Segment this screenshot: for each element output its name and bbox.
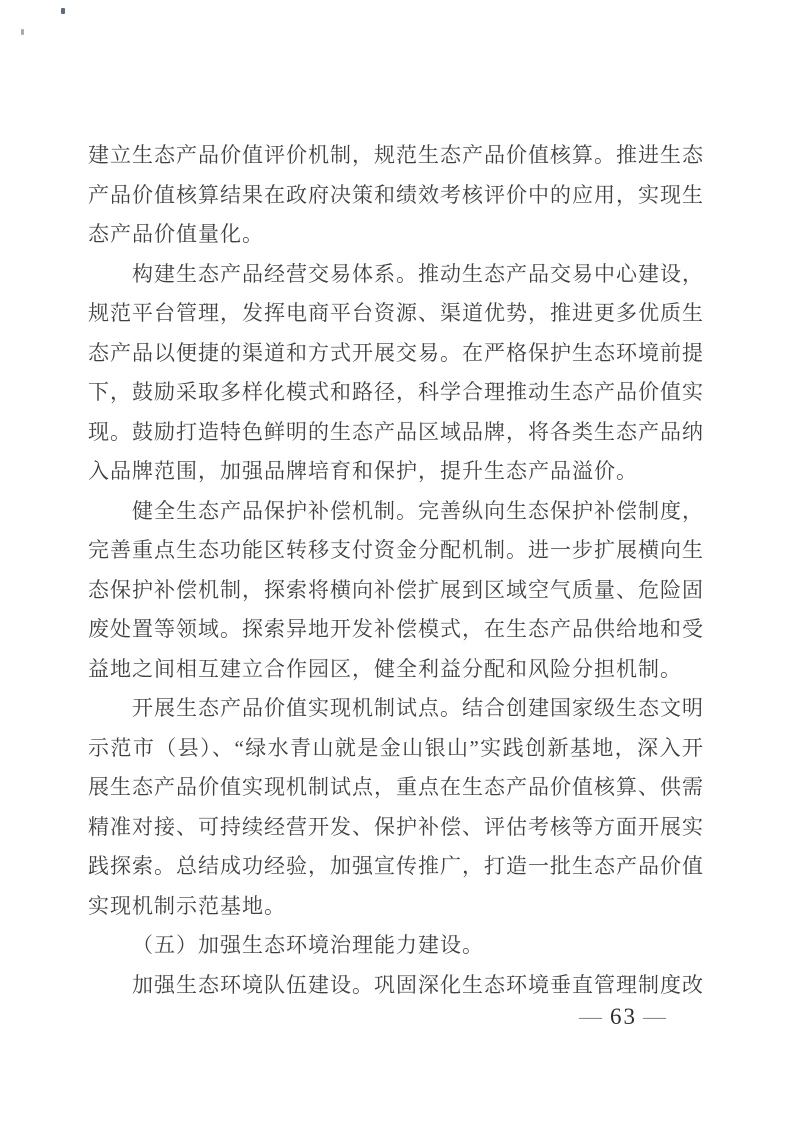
page-number: —63— <box>573 1004 674 1030</box>
paragraph-trading-system: 构建生态产品经营交易体系。推动生态产品交易中心建设，规范平台管理，发挥电商平台资… <box>88 255 704 492</box>
scan-artifact-speck-top <box>61 8 65 14</box>
scan-artifact-speck-left <box>21 29 24 35</box>
section-heading: （五）加强生态环境治理能力建设。 <box>88 926 704 966</box>
paragraph-pilot-program: 开展生态产品价值实现机制试点。结合创建国家级生态文明示范市（县）、“绿水青山就是… <box>88 689 704 926</box>
document-body: 建立生态产品价值评价机制，规范生态产品价值核算。推进生态产品价值核算结果在政府决… <box>88 136 704 1005</box>
page-number-dash-right: — <box>637 1004 674 1029</box>
paragraph-team-building: 加强生态环境队伍建设。巩固深化生态环境垂直管理制度改 <box>88 966 704 1006</box>
page-number-dash-left: — <box>573 1004 610 1029</box>
document-page: 建立生态产品价值评价机制，规范生态产品价值核算。推进生态产品价值核算结果在政府决… <box>0 0 790 1124</box>
paragraph-continuation: 建立生态产品价值评价机制，规范生态产品价值核算。推进生态产品价值核算结果在政府决… <box>88 136 704 255</box>
paragraph-compensation-mechanism: 健全生态产品保护补偿机制。完善纵向生态保护补偿制度，完善重点生态功能区转移支付资… <box>88 492 704 690</box>
page-number-value: 63 <box>610 1004 637 1029</box>
